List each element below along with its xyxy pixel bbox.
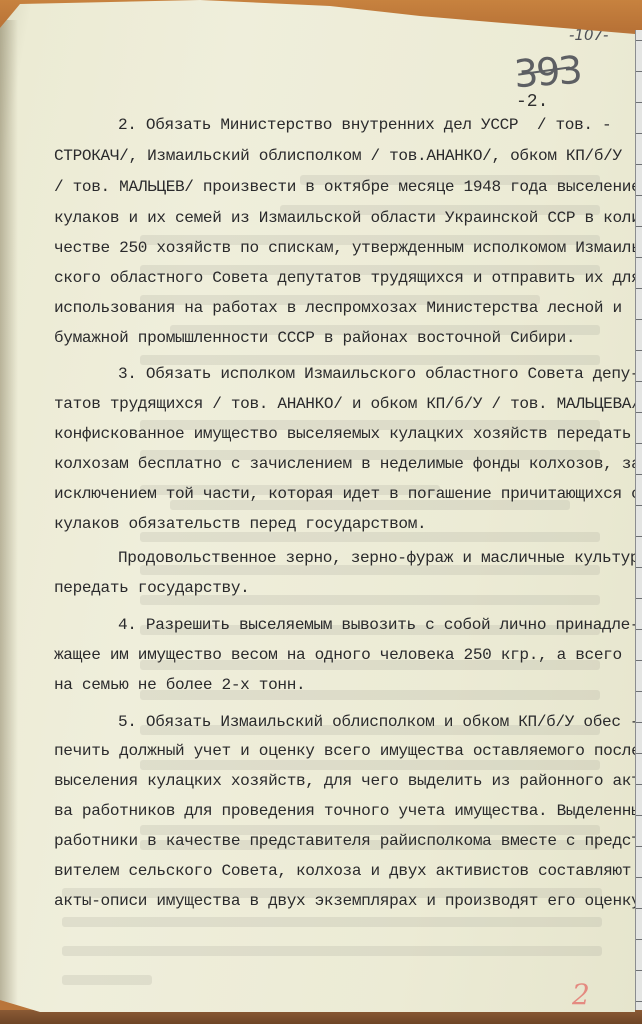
text-line: конфискованное имущество выселяемых кула… [54,425,631,443]
ruled-line-mark [636,443,642,444]
text-line: честве 250 хозяйств по спискам, утвержде… [54,239,642,257]
text-line: Продовольственное зерно, зерно-фураж и м… [118,549,642,567]
document-page: -107- 393 -2. 2. Обязать Министерство вн… [0,0,635,1012]
text-line: выселения кулацких хозяйств, для чего вы… [54,772,642,790]
ruled-line-mark [636,133,642,134]
text-line: ва работников для проведения точного уче… [54,802,642,820]
ruled-line-mark [636,908,642,909]
ruled-line-mark [636,970,642,971]
text-line: кулаков и их семей из Измаильской област… [54,209,642,227]
text-line: кулаков обязательств перед государством. [54,515,426,533]
text-line: колхозам бесплатно с зачислением в недел… [54,455,640,473]
ruled-line-mark [636,753,642,754]
ruled-line-mark [636,350,642,351]
text-line: 5. Обязать Измаильский облисполком и обк… [118,713,639,731]
ruled-line-mark [636,629,642,630]
text-line: печить должный учет и оценку всего имуще… [54,742,640,760]
ruled-line-mark [636,784,642,785]
ruled-line-mark [636,288,642,289]
pencil-page-mark: 2 [572,978,590,1011]
ruled-line-mark [636,164,642,165]
ruled-line-mark [636,567,642,568]
text-line: / тов. МАЛЬЦЕВ/ произвести в октябре мес… [54,178,640,196]
ruled-line-mark [636,381,642,382]
ruled-line-mark [636,939,642,940]
text-line: исключением той части, которая идет в по… [54,485,640,503]
ruled-line-mark [636,1001,642,1002]
text-line: вителем сельского Совета, колхоза и двух… [54,862,631,880]
text-line: 3. Обязать исполком Измаильского областн… [118,365,639,383]
ruled-line-mark [636,877,642,878]
ruled-line-mark [636,505,642,506]
ruled-line-mark [636,40,642,41]
ruled-line-mark [636,691,642,692]
ruled-line-mark [636,71,642,72]
ruled-line-mark [636,195,642,196]
text-line: бумажной промышленности СССР в районах в… [54,329,575,347]
page-binding-shadow [0,20,18,1010]
text-line: использования на работах в леспромхозах … [54,299,622,317]
ruled-line-mark [636,102,642,103]
ruled-line-mark [636,846,642,847]
page-number: -2. [516,92,548,112]
text-line: СТРОКАЧ/, Измаильский облисполком / тов.… [54,147,622,165]
text-line: 2. Обязать Министерство внутренних дел У… [118,116,611,134]
adjacent-page-edge [635,30,642,1010]
ruled-line-mark [636,257,642,258]
ruled-line-mark [636,412,642,413]
text-line: передать государству. [54,579,249,597]
text-line: жащее им имущество весом на одного челов… [54,646,622,664]
desk-surface-bottom [0,1010,642,1024]
ruled-line-mark [636,598,642,599]
text-line: ского областного Совета депутатов трудящ… [54,269,640,287]
text-line: работники в качестве представителя райис… [54,832,642,850]
text-line: татов трудящихся / тов. АНАНКО/ и обком … [54,395,640,413]
ruled-line-mark [636,226,642,227]
ruled-line-mark [636,815,642,816]
text-line: 4. Разрешить выселяемым вывозить с собой… [118,616,639,634]
ruled-line-mark [636,722,642,723]
text-line: на семью не более 2-х тонн. [54,676,305,694]
text-line: акты-описи имущества в двух экземплярах … [54,892,642,910]
ruled-line-mark [636,536,642,537]
ruled-line-mark [636,319,642,320]
ruled-line-mark [636,474,642,475]
ruled-line-mark [636,660,642,661]
